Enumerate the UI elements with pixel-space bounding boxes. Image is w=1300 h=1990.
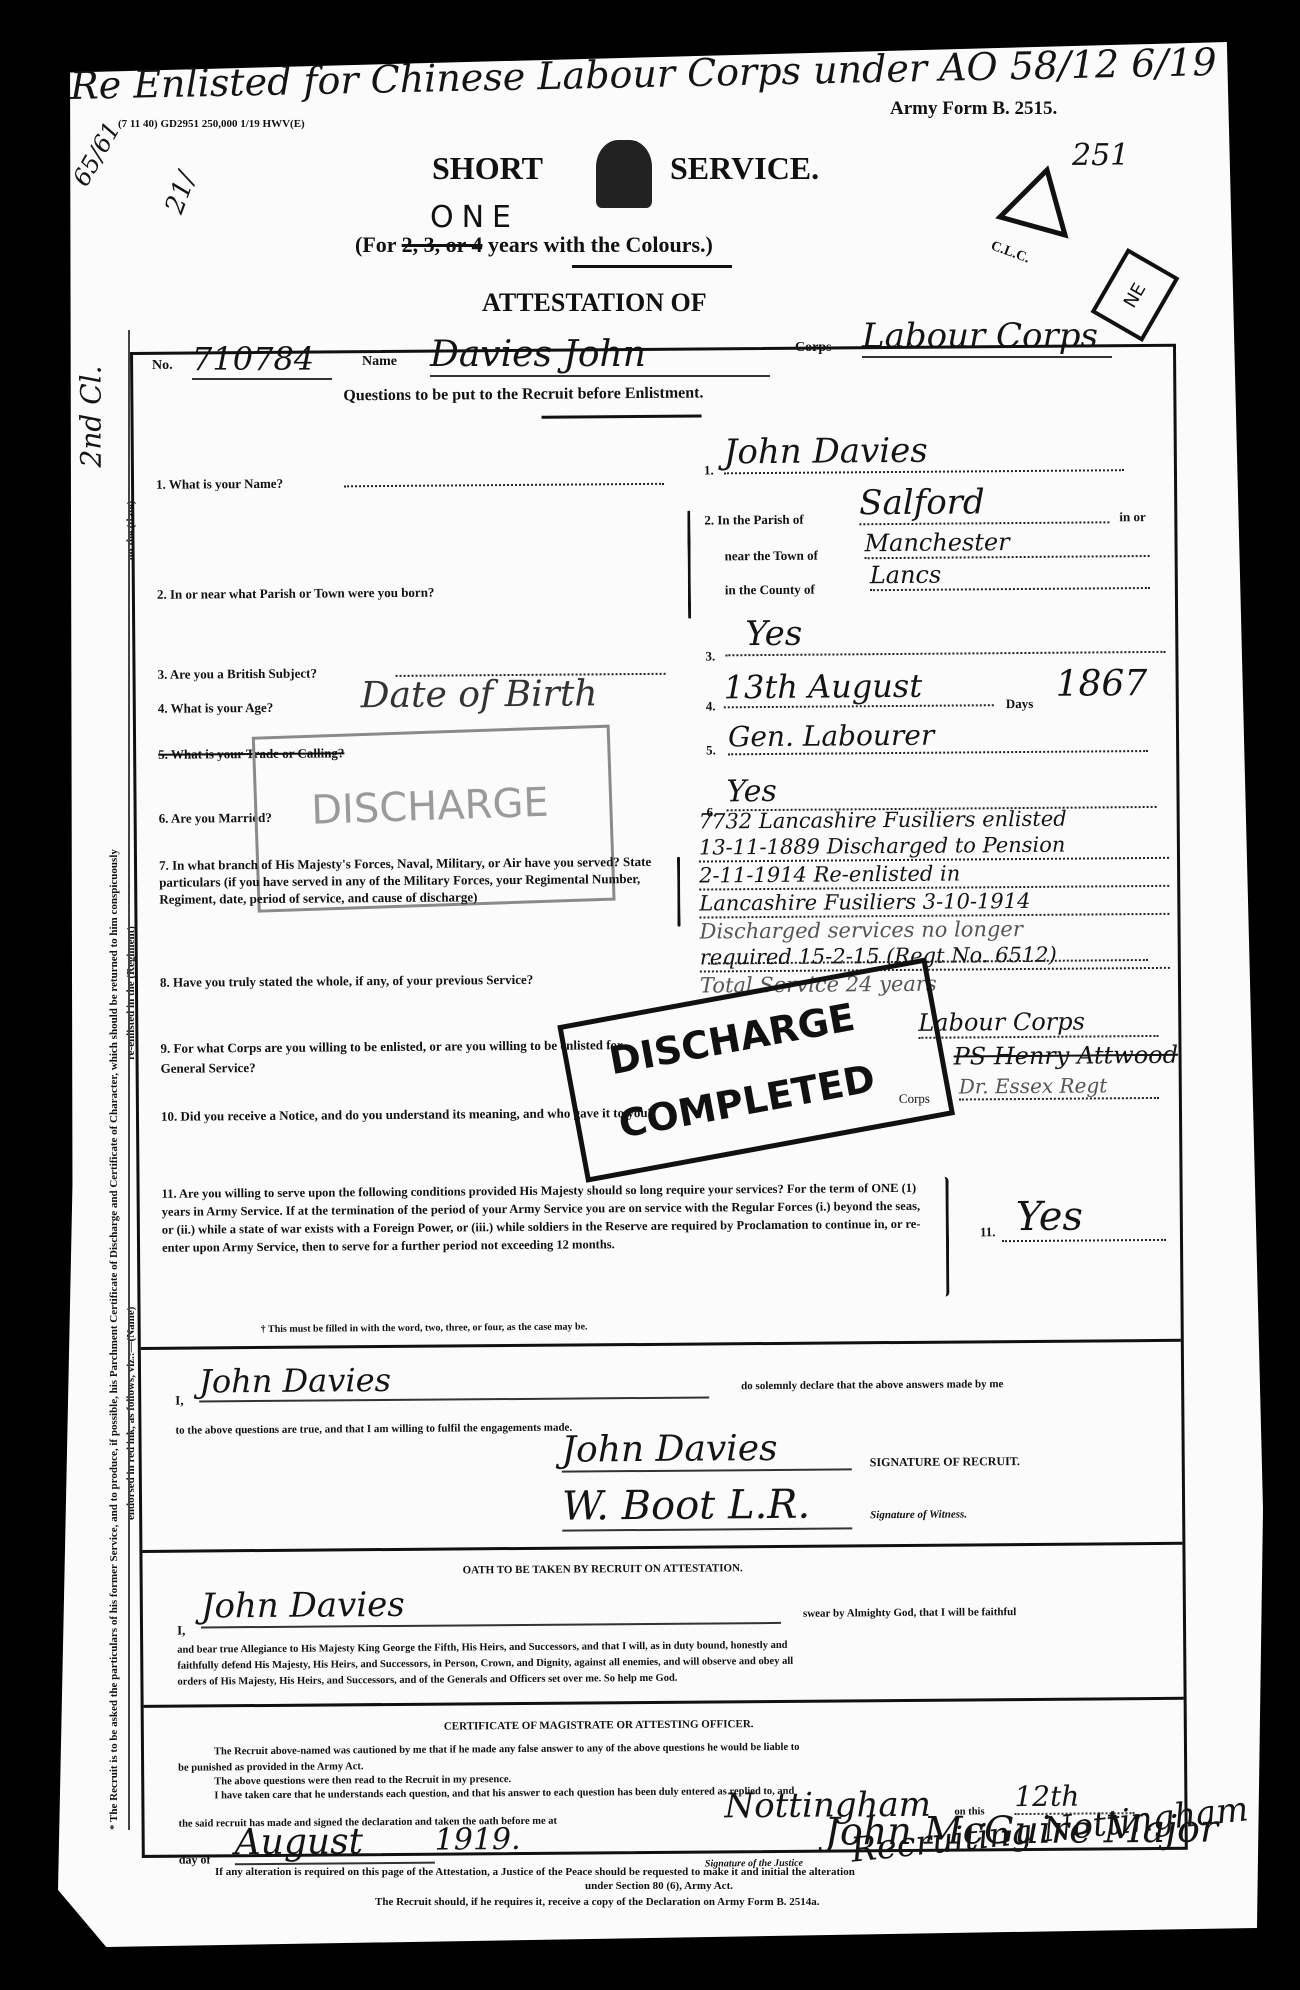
corner-stamp-label: NE: [1120, 279, 1151, 311]
answer-1: John Davies: [724, 429, 1124, 474]
answer-9: Labour Corps: [918, 1007, 1158, 1039]
title-service: SERVICE.: [670, 150, 819, 187]
divider-oath: [142, 1542, 1182, 1553]
certificate-line-3: The above questions were then read to th…: [214, 1774, 511, 1787]
answer-7-line-4: Lancashire Fusiliers 3-10-1914: [699, 887, 1169, 919]
margin-vertical-1: * The Recruit is to be asked the particu…: [108, 330, 120, 1830]
title-rule: [572, 265, 732, 268]
oath-text-3: faithfully defend His Majesty, His Heirs…: [177, 1656, 793, 1672]
margin-rule: [128, 330, 130, 1830]
declaration-prefix: I,: [175, 1393, 183, 1409]
answer-1-number: 1.: [704, 462, 714, 478]
answer-4-left: Date of Birth: [361, 673, 598, 716]
certificate-line-2: be punished as provided in the Army Act.: [178, 1761, 363, 1773]
margin-ref-3: 251: [1072, 138, 1129, 173]
answer-2-number: 2.: [704, 512, 714, 527]
certificate-line-4: I have taken care that he understands ea…: [214, 1786, 794, 1802]
recruit-signature-label: SIGNATURE OF RECRUIT.: [870, 1454, 1020, 1470]
witness-signature: W. Boot L.R.: [562, 1481, 852, 1531]
question-1-leader: [344, 483, 664, 488]
years-suffix: years with the Colours.): [488, 232, 713, 257]
oath-text-4: orders of His Majesty, His Heirs, and Su…: [177, 1673, 677, 1688]
answer-3-number: 3.: [705, 648, 715, 664]
parish-label: In the Parish of: [717, 512, 803, 528]
question-2-brace: [687, 511, 691, 619]
oath-name: John Davies: [201, 1582, 781, 1629]
certificate-line-1: The Recruit above-named was cautioned by…: [214, 1742, 800, 1758]
margin-handwritten: 2nd Cl.: [74, 366, 107, 468]
question-1: 1. What is your Name?: [156, 476, 283, 493]
answer-2-parish-label: 2. In the Parish of: [704, 512, 803, 529]
bottom-note-3: The Recruit should, if he requires it, r…: [375, 1896, 820, 1908]
answer-9-line2: PS Henry Attwood: [953, 1041, 1178, 1071]
question-8: 8. Have you truly stated the whole, if a…: [160, 969, 660, 993]
answer-2-county: Lancs: [870, 559, 1150, 591]
declaration-name: John Davies: [199, 1358, 709, 1402]
answer-2-town: Manchester: [864, 527, 1149, 559]
question-2: 2. In or near what Parish or Town were y…: [157, 585, 435, 603]
attestation-heading: ATTESTATION OF: [482, 288, 707, 318]
crest-icon: [596, 140, 652, 208]
oath-text-2: and bear true Allegiance to His Majesty …: [177, 1640, 787, 1656]
answer-2-parish: Salford: [859, 481, 1109, 525]
question-7: 7. In what branch of His Majesty's Force…: [159, 853, 679, 908]
answer-2-town-label: near the Town of: [725, 548, 818, 565]
answer-7-lines: 7732 Lancashire Fusiliers enlisted 13-11…: [699, 805, 1170, 999]
divider-certificate: [144, 1697, 1184, 1708]
question-4: 4. What is your Age?: [158, 700, 274, 717]
answer-11: Yes: [1002, 1193, 1166, 1242]
questions-heading-rule: [542, 415, 702, 419]
answer-2-county-label: in the County of: [725, 582, 815, 599]
question-11-brace: [940, 1177, 950, 1297]
title-short: SHORT: [432, 150, 543, 187]
questions-box: Questions to be put to the Recruit befor…: [130, 344, 1188, 1858]
years-struck: 2, 3, or 4: [402, 232, 483, 257]
answer-2-parish-suffix: in or: [1119, 509, 1145, 525]
answer-4-year: 1867: [1055, 663, 1147, 705]
recruit-signature: John Davies: [561, 1427, 851, 1472]
certificate-month: August: [235, 1821, 435, 1866]
printer-line: (7 11 40) GD2951 250,000 1/19 HWV(E): [118, 118, 305, 130]
divider-declaration: [141, 1339, 1181, 1350]
oath-prefix: I,: [177, 1623, 185, 1639]
declaration-text-1: do solemnly declare that the above answe…: [741, 1378, 1003, 1392]
discharge-completed-stamp: DISCHARGE COMPLETED: [557, 957, 955, 1182]
bottom-note-2: under Section 80 (6), Army Act.: [585, 1880, 733, 1892]
witness-label: Signature of Witness.: [870, 1508, 967, 1521]
answer-5-number: 5.: [706, 742, 716, 758]
discharge-stamp-ghost-label: DISCHARGE: [311, 780, 550, 834]
years-inserted: ONE: [430, 200, 519, 235]
answer-7-line-5: Discharged services no longer: [699, 915, 1169, 945]
question-11: 11. Are you willing to serve upon the fo…: [162, 1179, 933, 1257]
answer-11-number: 11.: [980, 1224, 996, 1240]
margin-vertical-2: endorsed in red ink, as follows, viz.:—(…: [125, 1307, 137, 1520]
question-3: 3. Are you a British Subject?: [157, 666, 317, 683]
bottom-note-1: If any alteration is required on this pa…: [215, 1866, 855, 1878]
oath-text-1: swear by Almighty God, that I will be fa…: [803, 1606, 1016, 1620]
answer-9-line3: Dr. Essex Regt: [959, 1073, 1159, 1101]
certificate-day-of: day of: [179, 1852, 211, 1867]
certificate-year: 1919.: [435, 1822, 521, 1858]
answer-5: Gen. Labourer: [728, 717, 1148, 755]
answer-4-unit: Days: [1006, 696, 1034, 712]
form-number: Army Form B. 2515.: [890, 98, 1057, 120]
questions-heading: Questions to be put to the Recruit befor…: [343, 384, 703, 405]
oath-heading: OATH TO BE TAKEN BY RECRUIT ON ATTESTATI…: [463, 1562, 743, 1576]
declaration-text-2: to the above questions are true, and tha…: [175, 1422, 572, 1437]
certificate-heading: CERTIFICATE OF MAGISTRATE OR ATTESTING O…: [444, 1718, 754, 1732]
answer-7-line-6: required 15-2-15 (Regt No. 6512): [700, 941, 1170, 973]
question-7-brace: [677, 857, 681, 927]
answer-3: Yes: [725, 611, 1165, 656]
answer-7-line-3: 2-11-1914 Re-enlisted in: [699, 859, 1169, 891]
answer-4: 13th August: [724, 666, 994, 708]
answer-7-line-1: 7732 Lancashire Fusiliers enlisted: [699, 805, 1169, 835]
years-line: (For 2, 3, or 4 years with the Colours.): [355, 232, 713, 258]
answer-4-number: 4.: [706, 698, 716, 714]
footnote: † This must be filled in with the word, …: [261, 1321, 588, 1335]
answer-7-line-2: 13-11-1889 Discharged to Pension: [699, 831, 1169, 863]
years-prefix: (For: [355, 232, 396, 257]
